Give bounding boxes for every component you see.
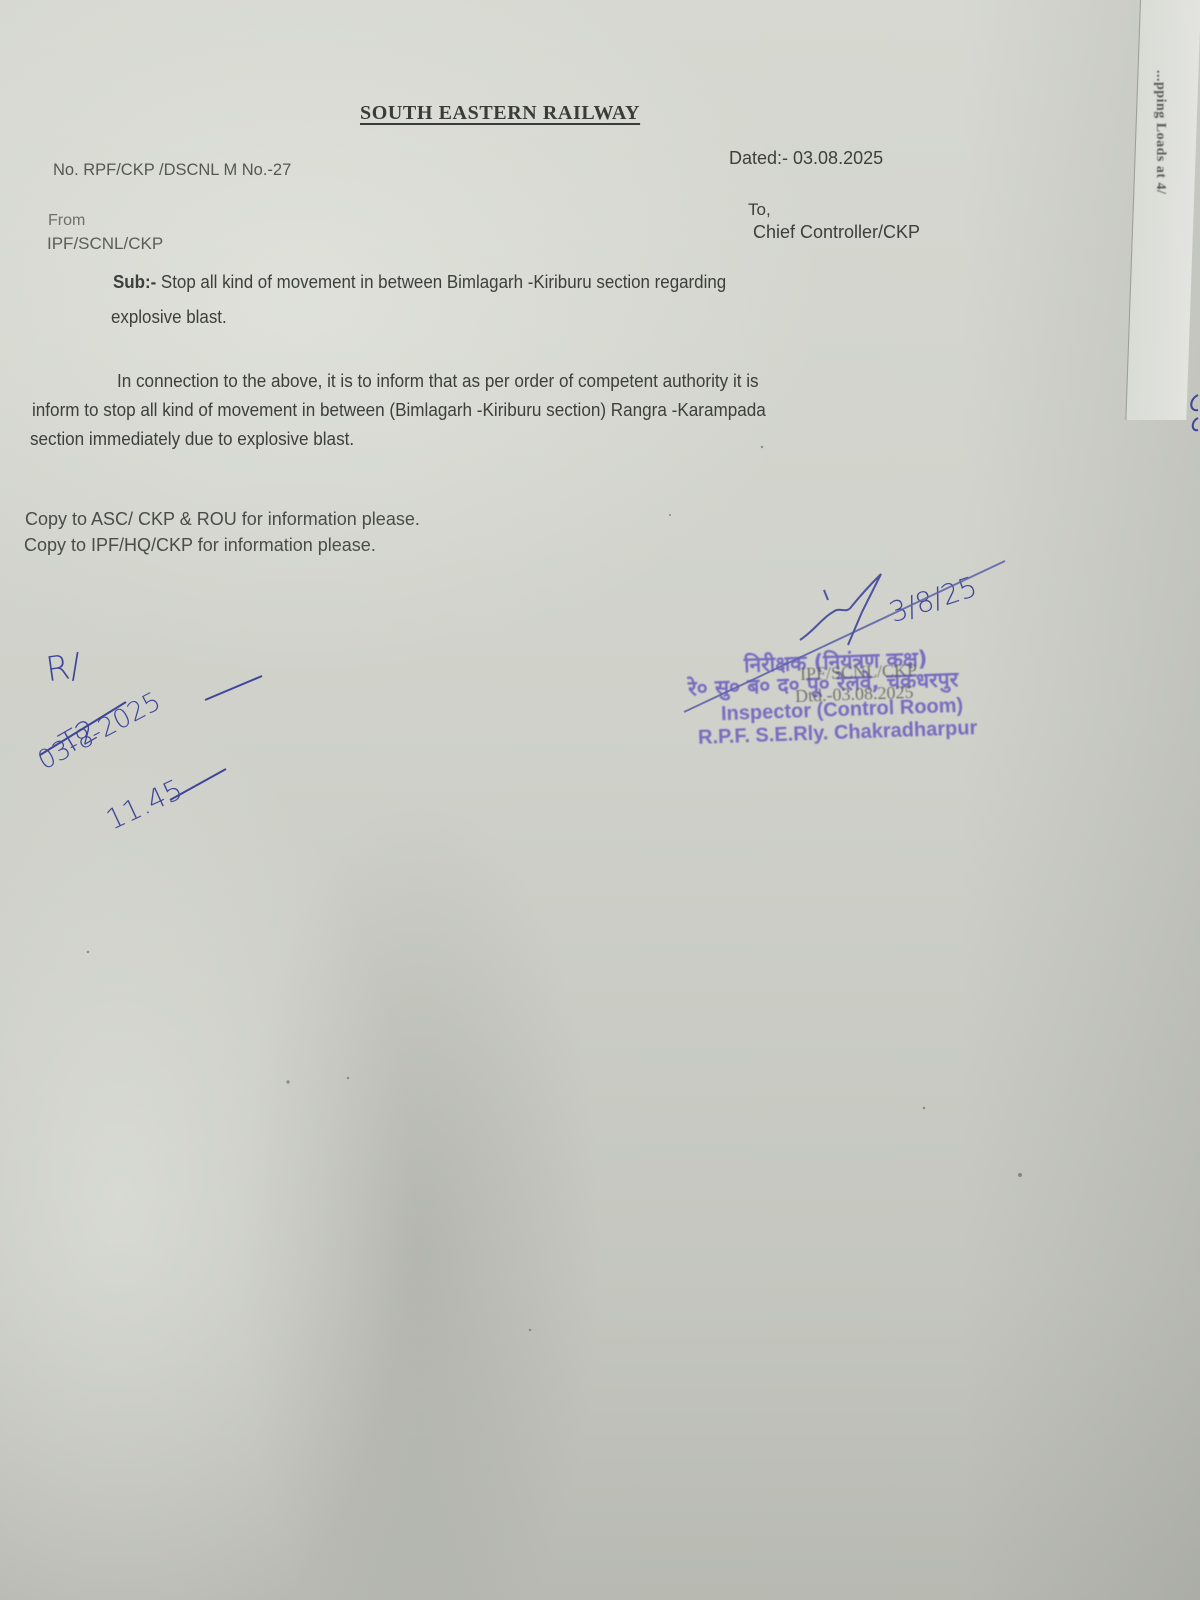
handwritten-initial: R/ [43,646,83,690]
letter-date: Dated:- 03.08.2025 [729,148,883,169]
from-value: IPF/SCNL/CKP [47,234,163,254]
letterhead-title: SOUTH EASTERN RAILWAY [360,102,640,125]
subject-label: Sub:- [113,272,156,292]
stamp-overprint-office: IPF/SCNL/CKP [800,660,918,685]
to-value: Chief Controller/CKP [753,222,920,243]
to-label: To, [748,200,771,220]
body-line-1: In connection to the above, it is to inf… [117,371,759,392]
subject-line-1: Sub:- Stop all kind of movement in betwe… [113,272,726,293]
copy-to-line-2: Copy to IPF/HQ/CKP for information pleas… [24,535,376,556]
reference-number: No. RPF/CKP /DSCNL M No.-27 [53,160,291,180]
from-label: From [48,212,85,230]
subject-line-2: explosive blast. [111,307,227,328]
body-line-2: inform to stop all kind of movement in b… [32,400,766,421]
subject-text: Stop all kind of movement in between Bim… [156,272,726,292]
body-line-3: section immediately due to explosive bla… [30,429,354,450]
copy-to-line-1: Copy to ASC/ CKP & ROU for information p… [25,509,420,530]
underlying-sheet-text: ...pping Loads at 4/ [1152,70,1168,194]
